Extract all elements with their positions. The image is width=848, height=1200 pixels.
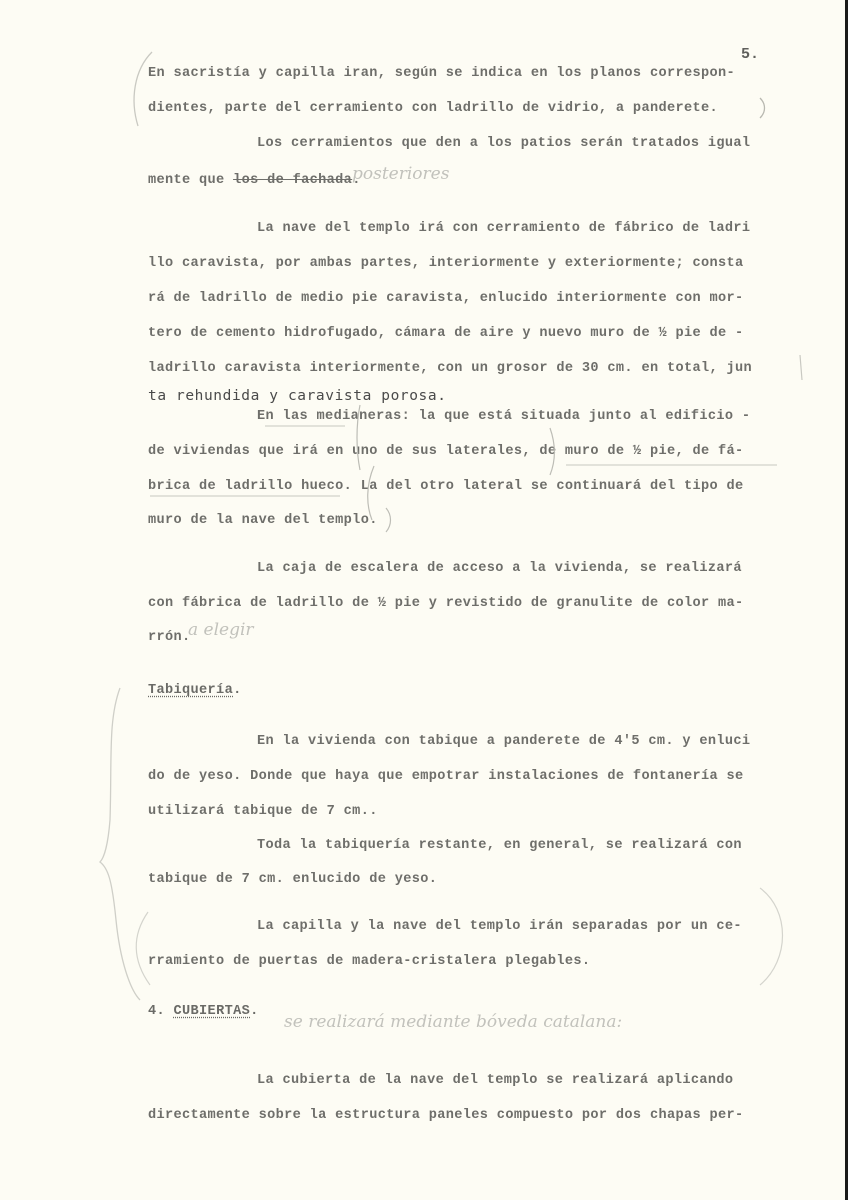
text-line: En las medianeras: la que está situada j… [257, 409, 750, 424]
text-line: La capilla y la nave del templo irán sep… [257, 919, 742, 934]
text-line: rrón. [148, 630, 191, 645]
text-line: La nave del templo irá con cerramiento d… [257, 221, 750, 236]
text-line: llo caravista, por ambas partes, interio… [148, 256, 744, 271]
text-line: En la vivienda con tabique a panderete d… [257, 734, 750, 749]
text-line: tabique de 7 cm. enlucido de yeso. [148, 872, 437, 887]
section-heading: Tabiquería. [148, 683, 242, 698]
handwritten-note: posteriores [352, 164, 449, 184]
text-line: con fábrica de ladrillo de ½ pie y revis… [148, 596, 744, 611]
text-line: Toda la tabiquería restante, en general,… [257, 838, 742, 853]
text-line: directamente sobre la estructura paneles… [148, 1108, 744, 1123]
heading-title: CUBIERTAS [174, 1004, 251, 1019]
handwritten-note: a elegir [188, 620, 254, 640]
text-line: En sacristía y capilla iran, según se in… [148, 66, 735, 81]
text-line: muro de la nave del templo. [148, 513, 378, 528]
text-line: ladrillo caravista interiormente, con un… [148, 361, 752, 376]
text-line: ta rehundida y caravista porosa. [148, 388, 447, 404]
text-line: utilizará tabique de 7 cm.. [148, 804, 378, 819]
text-line: mente que los de fachada. [148, 173, 361, 188]
text-line: tero de cemento hidrofugado, cámara de a… [148, 326, 744, 341]
text-line: de viviendas que irá en uno de sus later… [148, 444, 744, 459]
section-heading: 4. CUBIERTAS. [148, 1004, 259, 1019]
struck-text: los de fachada [233, 173, 352, 188]
text-line: do de yeso. Donde que haya que empotrar … [148, 769, 744, 784]
text-line: rramiento de puertas de madera-cristaler… [148, 954, 590, 969]
text-line: dientes, parte del cerramiento con ladri… [148, 101, 718, 116]
page-number: 5. [741, 46, 759, 63]
text-line: La cubierta de la nave del templo se rea… [257, 1073, 733, 1088]
handwritten-note: se realizará mediante bóveda catalana: [284, 1012, 622, 1032]
text-line: Los cerramientos que den a los patios se… [257, 136, 750, 151]
heading-title: Tabiquería [148, 683, 233, 698]
text-line: rá de ladrillo de medio pie caravista, e… [148, 291, 744, 306]
text-line: La caja de escalera de acceso a la vivie… [257, 561, 742, 576]
text-line: brica de ladrillo hueco. La del otro lat… [148, 479, 744, 494]
